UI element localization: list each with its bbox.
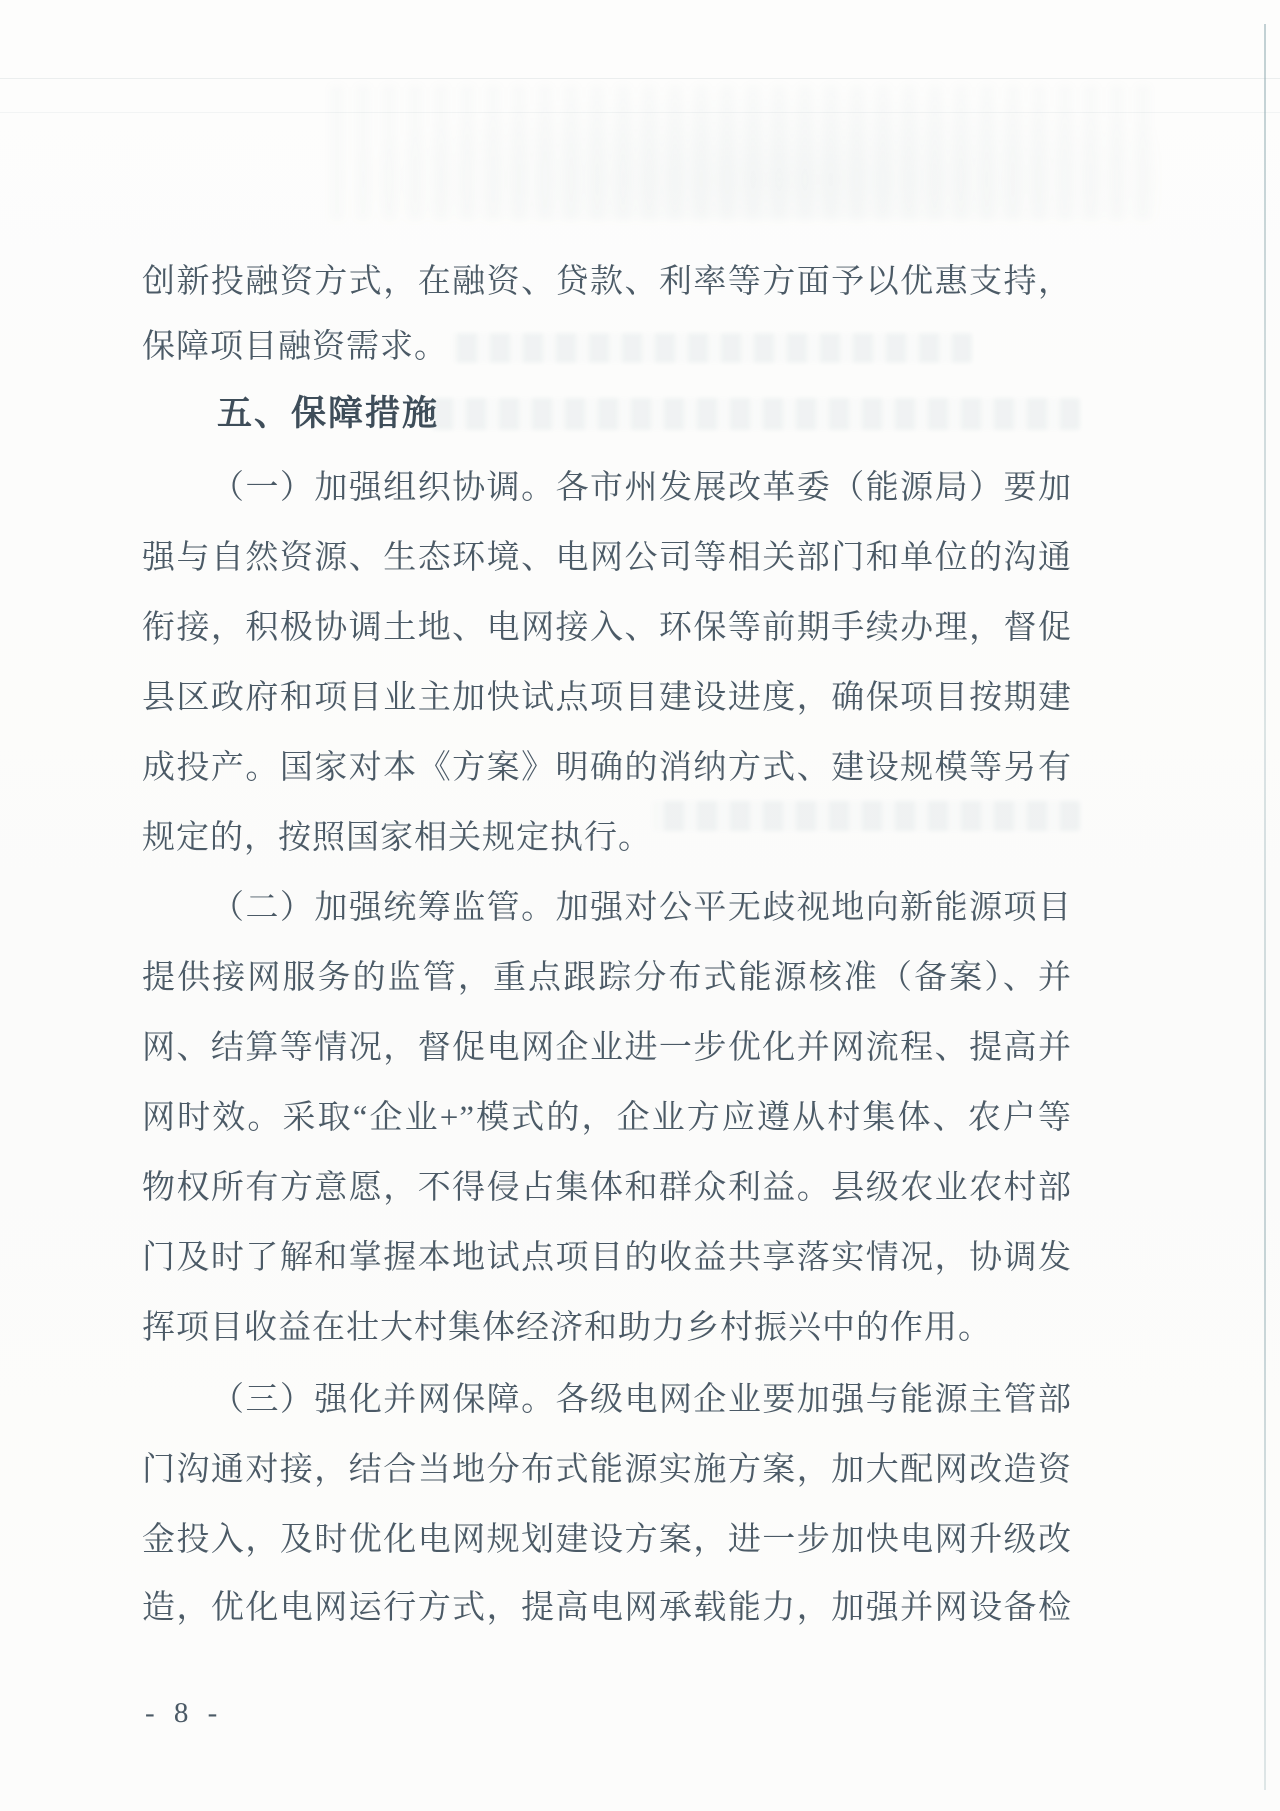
text-line: （二）加强统筹监管。加强对公平无歧视地向新能源项目 xyxy=(142,888,1072,928)
text-line: 提供接网服务的监管，重点跟踪分布式能源核准（备案）、并 xyxy=(142,958,1072,998)
text-line: （三）强化并网保障。各级电网企业要加强与能源主管部 xyxy=(142,1380,1072,1420)
bleed-through-smudge xyxy=(330,85,1160,220)
scanned-document-page: 创新投融资方式，在融资、贷款、利率等方面予以优惠支持， 保障项目融资需求。 五、… xyxy=(0,0,1280,1811)
bleed-through-text xyxy=(452,333,972,363)
text-line: 门沟通对接，结合当地分布式能源实施方案，加大配网改造资 xyxy=(142,1450,1072,1490)
bleed-through-text xyxy=(652,801,1080,831)
text-line: 网、结算等情况，督促电网企业进一步优化并网流程、提高并 xyxy=(142,1028,1072,1068)
scan-edge-line xyxy=(1264,24,1266,1790)
text-line: 规定的，按照国家相关规定执行。 xyxy=(142,818,652,858)
text-line: 网时效。采取“企业+”模式的，企业方应遵从村集体、农户等 xyxy=(142,1098,1072,1138)
text-line: 金投入，及时优化电网规划建设方案，进一步加快电网升级改 xyxy=(142,1520,1072,1560)
text-line: （一）加强组织协调。各市州发展改革委（能源局）要加 xyxy=(142,468,1072,508)
scan-streak xyxy=(0,112,1280,113)
text-line: 强与自然资源、生态环境、电网公司等相关部门和单位的沟通 xyxy=(142,538,1072,578)
text-line: 县区政府和项目业主加快试点项目建设进度，确保项目按期建 xyxy=(142,678,1072,718)
scan-streak xyxy=(0,78,1280,79)
section-heading: 五、保障措施 xyxy=(142,394,439,434)
text-line: 成投产。国家对本《方案》明确的消纳方式、建设规模等另有 xyxy=(142,748,1072,788)
text-line: 门及时了解和掌握本地试点项目的收益共享落实情况，协调发 xyxy=(142,1238,1072,1278)
text-line: 衔接，积极协调土地、电网接入、环保等前期手续办理，督促 xyxy=(142,608,1072,648)
bleed-through-text xyxy=(432,398,1080,430)
page-number: - 8 - xyxy=(145,1697,223,1730)
text-line: 造，优化电网运行方式，提高电网承载能力，加强并网设备检 xyxy=(142,1588,1072,1628)
text-line: 保障项目融资需求。 xyxy=(142,327,448,367)
text-line: 创新投融资方式，在融资、贷款、利率等方面予以优惠支持， xyxy=(142,262,1072,302)
text-line: 物权所有方意愿，不得侵占集体和群众利益。县级农业农村部 xyxy=(142,1168,1072,1208)
text-line: 挥项目收益在壮大村集体经济和助力乡村振兴中的作用。 xyxy=(142,1308,992,1348)
